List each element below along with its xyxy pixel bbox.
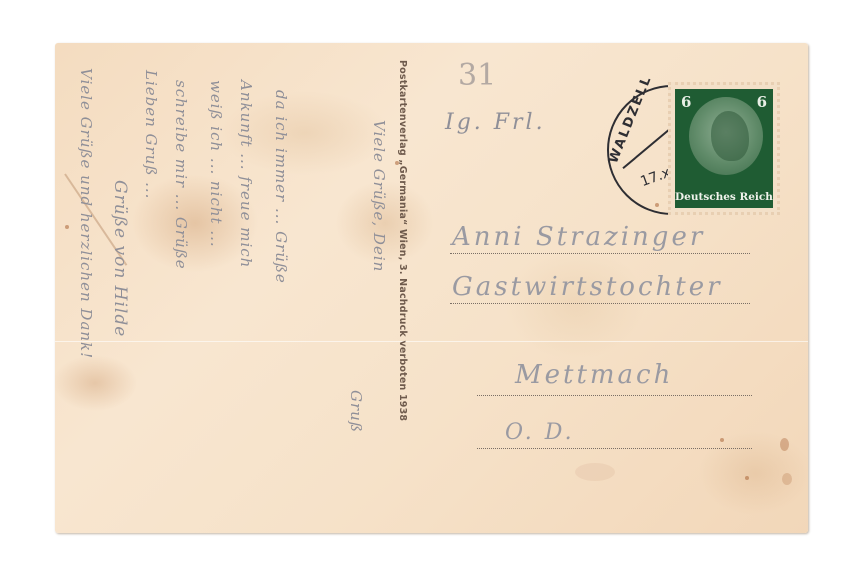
message-line: Ankunft ... freue mich xyxy=(237,80,255,268)
message-line: da ich immer ... Grüße xyxy=(272,90,290,284)
message-line: Viele Grüße, Dein xyxy=(370,120,388,272)
message-line: weiß ich ... nicht ... xyxy=(207,80,225,248)
address-region: O. D. xyxy=(505,420,575,445)
message-line: Gruß xyxy=(347,390,365,433)
salutation: Ig. Frl. xyxy=(445,110,546,135)
stamp-country: Deutsches Reich xyxy=(675,191,773,203)
message-signature: Grüße von Hilde xyxy=(110,180,130,337)
address-line xyxy=(477,448,752,449)
stain-spot xyxy=(65,225,69,229)
stain-spot xyxy=(780,438,789,451)
stamp-value-left: 6 xyxy=(681,93,691,111)
stamp-value-right: 6 xyxy=(757,93,767,111)
publisher-imprint: Postkartenverlag „Germania“ Wien, 3. Nac… xyxy=(397,60,408,520)
stain-spot xyxy=(575,463,615,481)
fold-line xyxy=(55,341,808,342)
profile-portrait-icon xyxy=(689,97,763,175)
address-name: Anni Strazinger xyxy=(452,222,705,252)
message-line: schreibe mir ... Grüße xyxy=(172,80,190,270)
top-note: 31 xyxy=(458,58,496,93)
address-town: Mettmach xyxy=(515,360,673,390)
address-line xyxy=(450,253,750,254)
portrait-head-icon xyxy=(711,111,749,161)
stamp-face: 6 6 Deutsches Reich xyxy=(675,89,773,208)
message-line: Viele Grüße und herzlichen Dank! xyxy=(77,68,95,359)
stain-spot xyxy=(745,476,749,480)
address-occupation: Gastwirtstochter xyxy=(452,272,723,302)
address-line xyxy=(477,395,752,396)
postage-stamp: 6 6 Deutsches Reich xyxy=(668,82,780,215)
stain-spot xyxy=(782,473,792,485)
address-line xyxy=(450,303,750,304)
stain-spot xyxy=(720,438,724,442)
message-line: Lieben Gruß ... xyxy=(142,70,160,199)
